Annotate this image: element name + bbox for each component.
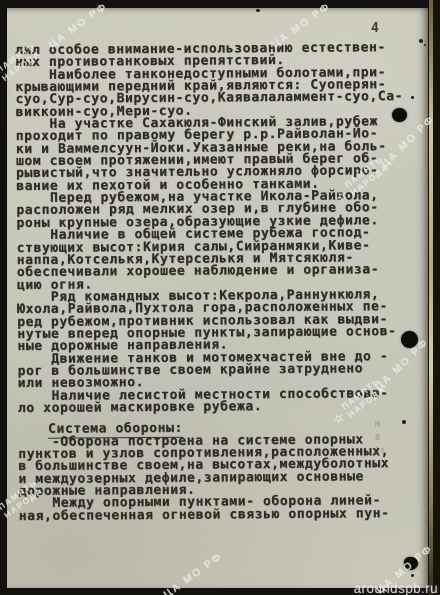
faint-pencil-marks: М В 1т [375,418,385,457]
paper-speck [256,9,260,12]
punch-hole [404,557,418,570]
punch-hole [392,108,407,122]
document-text: лил особое внимание-использованию естест… [15,42,427,523]
scanned-document: 4 лил особое внимание-использованию есте… [0,0,440,595]
star-icon: ☆ [0,72,2,91]
paper-speck [411,574,414,577]
star-icon: ☆ [0,509,4,528]
scan-border [433,0,440,595]
page-number: 4 [371,21,379,36]
paper-speck [419,39,423,43]
paper-speck [424,44,426,46]
site-watermark: aroundspb.ru [354,581,438,595]
paper-speck [402,420,406,424]
punch-hole [401,331,418,348]
paper-sheet: 4 лил особое внимание-использованию есте… [7,8,428,588]
text-line: ная,обеспеченная огневой связью опорных … [19,508,427,524]
paper-speck [411,96,414,99]
